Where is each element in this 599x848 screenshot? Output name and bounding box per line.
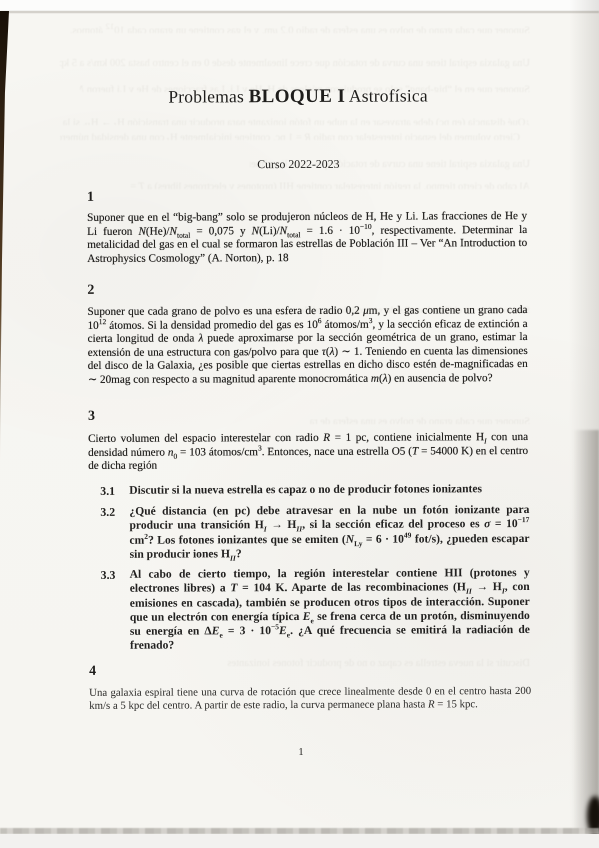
section-2-number: 2 bbox=[87, 283, 94, 299]
section-3-number: 3 bbox=[88, 409, 95, 425]
title-regular-pre: Problemas bbox=[168, 86, 248, 106]
section-3-text: Cierto volumen del espacio interestelar … bbox=[88, 431, 528, 473]
section-1-text: Suponer que en el “big-bang” solo se pro… bbox=[87, 210, 527, 266]
section-4-number: 4 bbox=[89, 664, 96, 680]
section-2-text: Suponer que cada grano de polvo es una e… bbox=[87, 304, 527, 387]
course-line: Curso 2022-2023 bbox=[0, 156, 598, 174]
subsection-3-3-number: 3.3 bbox=[101, 568, 116, 583]
scanned-document-page: Suponer que cada grano de polvo es una e… bbox=[0, 0, 599, 848]
scan-below-page-area bbox=[0, 834, 599, 848]
title-bold-segment: BLOQUE I bbox=[249, 86, 346, 107]
subsection-3-1-text: Discutir si la nueva estrella es capaz o… bbox=[129, 482, 529, 498]
document-title: Problemas BLOQUE I Astrofísica bbox=[0, 85, 598, 110]
page-number: 1 bbox=[1, 746, 599, 760]
title-regular-post: Astrofísica bbox=[345, 85, 428, 105]
section-4-text: Una galaxia espiral tiene una curva de r… bbox=[89, 685, 531, 713]
subsection-3-1-number: 3.1 bbox=[100, 484, 115, 499]
scan-right-shadow-lower bbox=[573, 430, 599, 830]
subsection-3-2-text: ¿Qué distancia (en pc) debe atravesar en… bbox=[129, 503, 529, 562]
subsection-3-2-number: 3.2 bbox=[100, 505, 115, 520]
section-1-number: 1 bbox=[87, 190, 94, 206]
subsection-3-3-text: Al cabo de cierto tiempo, la región inte… bbox=[130, 566, 530, 654]
page-content: Problemas BLOQUE I Astrofísica Curso 202… bbox=[0, 0, 599, 848]
